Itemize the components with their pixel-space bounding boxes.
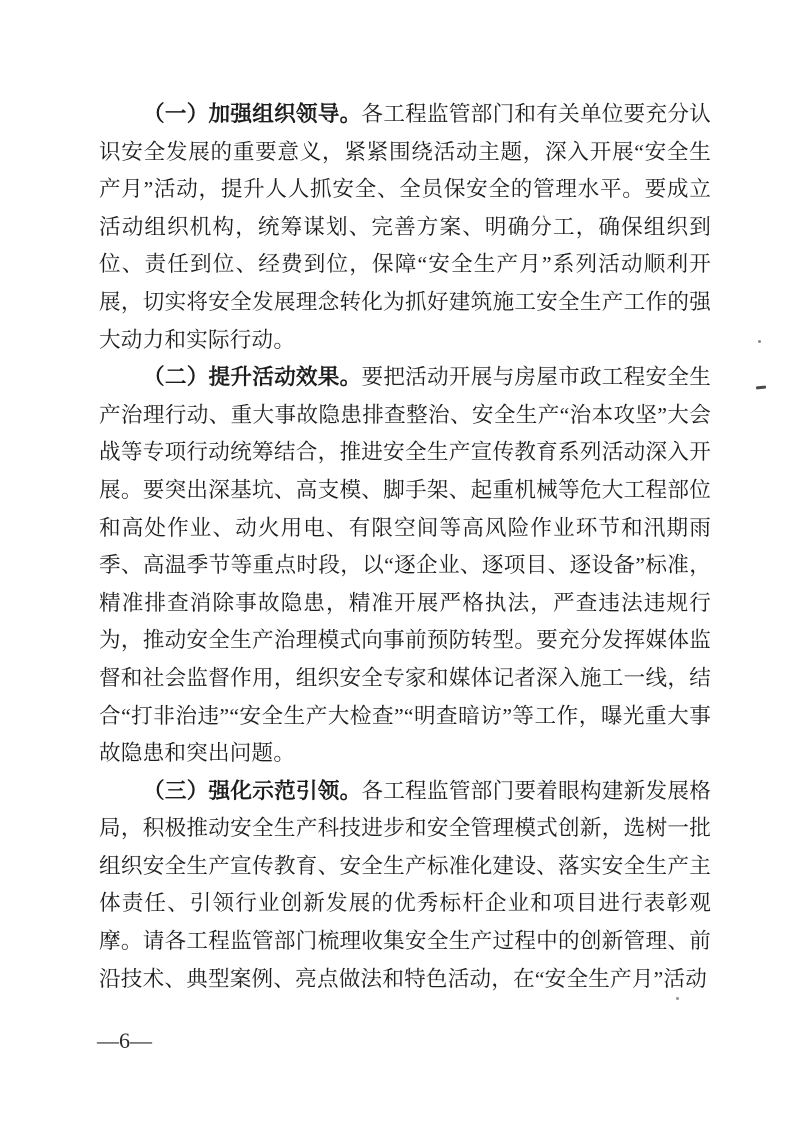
paragraph-3: （三）强化示范引领。各工程监管部门要着眼构建新发展格局，积极推动安全生产科技进步…	[99, 773, 711, 999]
paragraph-2-body: 要把活动开展与房屋市政工程安全生产治理行动、重大事故隐患排查整治、安全生产“治本…	[99, 365, 711, 765]
paragraph-1-heading: （一）加强组织领导。	[143, 102, 361, 126]
document-page: （一）加强组织领导。各工程监管部门和有关单位要充分认识安全发展的重要意义，紧紧围…	[0, 0, 800, 1122]
paragraph-2: （二）提升活动效果。要把活动开展与房屋市政工程安全生产治理行动、重大事故隐患排查…	[99, 359, 711, 773]
paragraph-1-body: 各工程监管部门和有关单位要充分认识安全发展的重要意义，紧紧围绕活动主题，深入开展…	[99, 102, 711, 352]
paragraph-1: （一）加强组织领导。各工程监管部门和有关单位要充分认识安全发展的重要意义，紧紧围…	[99, 96, 711, 359]
paragraph-3-body: 各工程监管部门要着眼构建新发展格局，积极推动安全生产科技进步和安全管理模式创新，…	[99, 779, 711, 991]
paragraph-2-heading: （二）提升活动效果。	[143, 365, 361, 389]
scan-speck-dash	[756, 385, 766, 389]
text-block: （一）加强组织领导。各工程监管部门和有关单位要充分认识安全发展的重要意义，紧紧围…	[99, 96, 711, 998]
paragraph-3-heading: （三）强化示范引领。	[143, 779, 361, 803]
page-number: —6—	[97, 1026, 152, 1056]
scan-speck-dot-bottom	[676, 997, 679, 1000]
scan-speck-dot-top	[758, 340, 761, 343]
